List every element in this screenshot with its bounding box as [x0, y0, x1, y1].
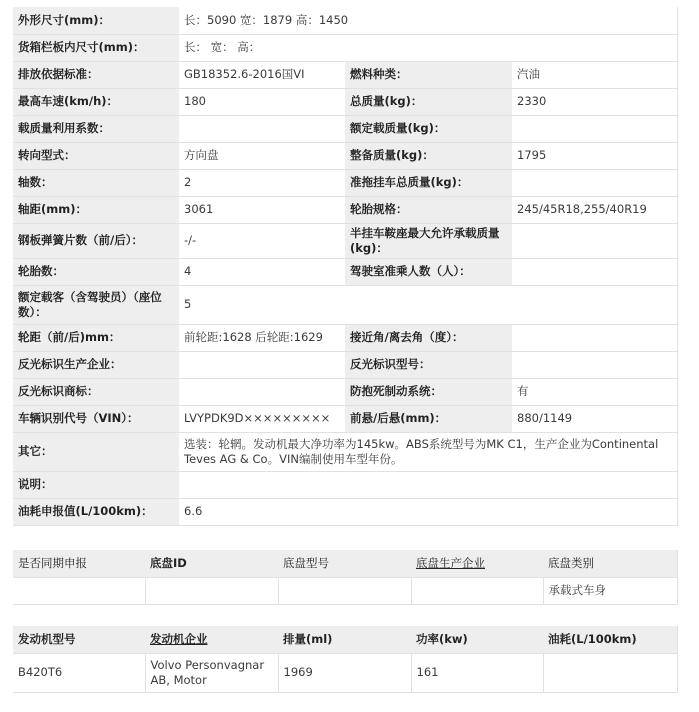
spec-label: 说明：	[13, 471, 179, 498]
spec-value: 5	[179, 285, 677, 324]
engine-header-manufacturer: 发动机企业	[145, 626, 278, 653]
spec-row-track-angles: 轮距（前/后)mm： 前轮距:1628 后轮距:1629 接近角/离去角（度）：	[13, 324, 677, 351]
spec-value	[179, 378, 345, 405]
spec-value: 4	[179, 258, 345, 285]
spec-value: LVYPDK9D×××××××××	[179, 405, 345, 432]
spec-row-seating: 额定载客（含驾驶员）（座位数）： 5	[13, 285, 677, 324]
spec-label: 油耗申报值(L/100km)：	[13, 498, 179, 525]
spec-row-cargo-box-dimensions: 货箱栏板内尺寸(mm)： 长： 宽： 高：	[13, 34, 677, 61]
spec-label: 载质量利用系数：	[13, 115, 179, 142]
spec-label: 半挂车鞍座最大允许承载质量(kg)：	[345, 223, 512, 258]
spec-value: 180	[179, 88, 345, 115]
spec-value	[179, 471, 677, 498]
spec-label: 驾驶室准乘人数（人）：	[345, 258, 512, 285]
spec-label: 其它：	[13, 432, 179, 471]
table-row: B420T6 Volvo Personvagnar AB, Motor 1969…	[13, 653, 677, 692]
spec-row-vin-overhang: 车辆识别代号（VIN）： LVYPDK9D××××××××× 前悬/后悬(mm)…	[13, 405, 677, 432]
spec-row-steering-curb-mass: 转向型式： 方向盘 整备质量(kg)： 1795	[13, 142, 677, 169]
spec-label: 额定载客（含驾驶员）（座位数）：	[13, 285, 179, 324]
spec-value	[512, 351, 677, 378]
spec-row-reflective-maker-model: 反光标识生产企业： 反光标识型号：	[13, 351, 677, 378]
spec-label: 前悬/后悬(mm)：	[345, 405, 512, 432]
vehicle-spec-table: 外形尺寸(mm)： 长：5090 宽：1879 高：1450 货箱栏板内尺寸(m…	[13, 7, 678, 526]
spec-row-speed-mass: 最高车速(km/h)： 180 总质量(kg)： 2330	[13, 88, 677, 115]
engine-cell-power: 161	[411, 653, 543, 692]
engine-cell-fuel	[543, 653, 677, 692]
spec-label: 轮胎数：	[13, 258, 179, 285]
spec-value: GB18352.6-2016国VI	[179, 61, 345, 88]
spec-row-fuel-consumption: 油耗申报值(L/100km)： 6.6	[13, 498, 677, 525]
chassis-cell-concurrent	[13, 577, 145, 604]
spec-value: 方向盘	[179, 142, 345, 169]
spec-label: 反光标识生产企业：	[13, 351, 179, 378]
spec-label: 燃料种类：	[345, 61, 512, 88]
chassis-header-manufacturer: 底盘生产企业	[411, 550, 543, 577]
chassis-cell-type: 承载式车身	[543, 577, 677, 604]
spec-value	[512, 258, 677, 285]
spec-label: 排放依据标准：	[13, 61, 179, 88]
spec-value	[512, 115, 677, 142]
spec-label: 转向型式：	[13, 142, 179, 169]
spec-row-other: 其它： 选装：轮辋。发动机最大净功率为145kw。ABS系统型号为MK C1，生…	[13, 432, 677, 471]
spec-label: 接近角/离去角（度）：	[345, 324, 512, 351]
spec-label: 总质量(kg)：	[345, 88, 512, 115]
spec-label: 轴距(mm)：	[13, 196, 179, 223]
chassis-header-type: 底盘类别	[543, 550, 677, 577]
spec-label: 车辆识别代号（VIN）：	[13, 405, 179, 432]
spec-value: 1795	[512, 142, 677, 169]
spec-row-reflective-brand-abs: 反光标识商标： 防抱死制动系统： 有	[13, 378, 677, 405]
spec-value: 长：5090 宽：1879 高：1450	[179, 7, 677, 34]
spec-row-wheelbase-tires: 轴距(mm)： 3061 轮胎规格： 245/45R18,255/40R19	[13, 196, 677, 223]
spec-label: 准拖挂车总质量(kg)：	[345, 169, 512, 196]
chassis-header-concurrent: 是否同期申报	[13, 550, 145, 577]
engine-cell-displacement: 1969	[278, 653, 411, 692]
spec-row-emission-fuel: 排放依据标准： GB18352.6-2016国VI 燃料种类： 汽油	[13, 61, 677, 88]
spec-label: 反光标识型号：	[345, 351, 512, 378]
chassis-header-model: 底盘型号	[278, 550, 411, 577]
spec-row-dimensions: 外形尺寸(mm)： 长：5090 宽：1879 高：1450	[13, 7, 677, 34]
spec-label: 轮距（前/后)mm：	[13, 324, 179, 351]
spec-label: 整备质量(kg)：	[345, 142, 512, 169]
spec-value: 有	[512, 378, 677, 405]
spec-value: 汽油	[512, 61, 677, 88]
engine-cell-manufacturer: Volvo Personvagnar AB, Motor	[145, 653, 278, 692]
table-row: 承载式车身	[13, 577, 677, 604]
engine-header-displacement: 排量(ml)	[278, 626, 411, 653]
spec-value: 前轮距:1628 后轮距:1629	[179, 324, 345, 351]
engine-header-power: 功率(kw)	[411, 626, 543, 653]
spec-label: 外形尺寸(mm)：	[13, 7, 179, 34]
chassis-cell-id	[145, 577, 278, 604]
spec-value: 2330	[512, 88, 677, 115]
spec-value	[512, 223, 677, 258]
spec-label: 轴数：	[13, 169, 179, 196]
spec-value: 245/45R18,255/40R19	[512, 196, 677, 223]
spec-value	[179, 351, 345, 378]
chassis-header-row: 是否同期申报 底盘ID 底盘型号 底盘生产企业 底盘类别	[13, 550, 677, 577]
spec-row-notes: 说明：	[13, 471, 677, 498]
spec-value: 选装：轮辋。发动机最大净功率为145kw。ABS系统型号为MK C1，生产企业为…	[179, 432, 677, 471]
spec-row-tire-count-cab-occupants: 轮胎数： 4 驾驶室准乘人数（人）：	[13, 258, 677, 285]
spec-value	[512, 169, 677, 196]
chassis-table: 是否同期申报 底盘ID 底盘型号 底盘生产企业 底盘类别 承载式车身	[13, 550, 678, 605]
spec-row-load-factor: 载质量利用系数： 额定载质量(kg)：	[13, 115, 677, 142]
engine-table: 发动机型号 发动机企业 排量(ml) 功率(kw) 油耗(L/100km) B4…	[13, 626, 678, 693]
spec-label: 轮胎规格：	[345, 196, 512, 223]
spec-value	[512, 324, 677, 351]
spec-value: 3061	[179, 196, 345, 223]
spec-value: 880/1149	[512, 405, 677, 432]
spec-label: 最高车速(km/h)：	[13, 88, 179, 115]
spec-value: -/-	[179, 223, 345, 258]
spec-label: 反光标识商标：	[13, 378, 179, 405]
spec-label: 货箱栏板内尺寸(mm)：	[13, 34, 179, 61]
spec-value	[179, 115, 345, 142]
spec-row-leaf-springs-saddle: 钢板弹簧片数（前/后）： -/- 半挂车鞍座最大允许承载质量(kg)：	[13, 223, 677, 258]
spec-label: 防抱死制动系统：	[345, 378, 512, 405]
chassis-header-id: 底盘ID	[145, 550, 278, 577]
chassis-cell-manufacturer	[411, 577, 543, 604]
engine-header-fuel: 油耗(L/100km)	[543, 626, 677, 653]
engine-header-row: 发动机型号 发动机企业 排量(ml) 功率(kw) 油耗(L/100km)	[13, 626, 677, 653]
spec-row-axles-trailer: 轴数： 2 准拖挂车总质量(kg)：	[13, 169, 677, 196]
engine-cell-model: B420T6	[13, 653, 145, 692]
spec-value: 6.6	[179, 498, 677, 525]
spec-label: 钢板弹簧片数（前/后）：	[13, 223, 179, 258]
spec-value: 2	[179, 169, 345, 196]
engine-header-model: 发动机型号	[13, 626, 145, 653]
spec-label: 额定载质量(kg)：	[345, 115, 512, 142]
spec-value: 长： 宽： 高：	[179, 34, 677, 61]
chassis-cell-model	[278, 577, 411, 604]
